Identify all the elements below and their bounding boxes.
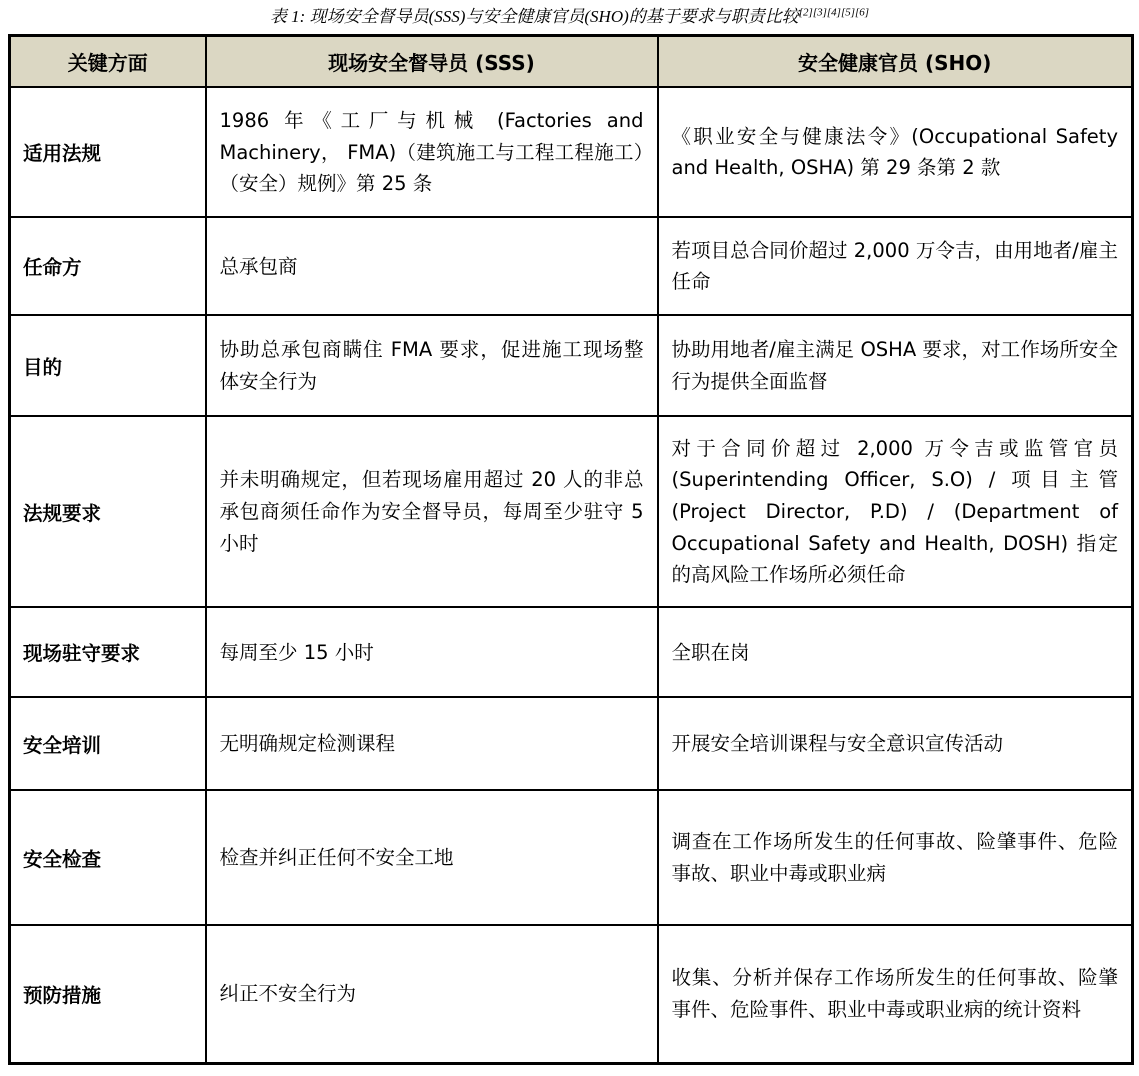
sho-cell: 调查在工作场所发生的任何事故、险肇事件、危险事故、职业中毒或职业病 xyxy=(658,790,1133,925)
sho-cell: 全职在岗 xyxy=(658,607,1133,697)
header-row: 关键方面 现场安全督导员 (SSS) 安全健康官员 (SHO) xyxy=(10,35,1133,87)
row-label: 安全培训 xyxy=(10,697,206,790)
sho-cell: 协助用地者/雇主满足 OSHA 要求，对工作场所安全行为提供全面监督 xyxy=(658,315,1133,416)
comparison-table: 关键方面 现场安全督导员 (SSS) 安全健康官员 (SHO) 适用法规 198… xyxy=(8,34,1134,1065)
row-label: 现场驻守要求 xyxy=(10,607,206,697)
column-header-sho: 安全健康官员 (SHO) xyxy=(658,35,1133,87)
sss-cell: 并未明确规定，但若现场雇用超过 20 人的非总承包商须任命作为安全督导员，每周至… xyxy=(206,416,658,607)
sss-cell: 协助总承包商瞒住 FMA 要求，促进施工现场整体安全行为 xyxy=(206,315,658,416)
sss-cell: 无明确规定检测课程 xyxy=(206,697,658,790)
row-label: 预防措施 xyxy=(10,925,206,1063)
table-row: 目的 协助总承包商瞒住 FMA 要求，促进施工现场整体安全行为 协助用地者/雇主… xyxy=(10,315,1133,416)
document-page: 表 1: 现场安全督导员(SSS)与安全健康官员(SHO)的基于要求与职责比较[… xyxy=(0,0,1139,1076)
row-label: 法规要求 xyxy=(10,416,206,607)
citation-superscript: [2][3][4][5][6] xyxy=(799,6,869,18)
sho-cell: 若项目总合同价超过 2,000 万令吉，由用地者/雇主任命 xyxy=(658,217,1133,315)
table-row: 适用法规 1986 年《工厂与机械 (Factories and Machine… xyxy=(10,87,1133,217)
sho-cell: 《职业安全与健康法令》(Occupational Safety and Heal… xyxy=(658,87,1133,217)
sss-cell: 总承包商 xyxy=(206,217,658,315)
table-row: 现场驻守要求 每周至少 15 小时 全职在岗 xyxy=(10,607,1133,697)
row-label: 安全检查 xyxy=(10,790,206,925)
sss-cell: 1986 年《工厂与机械 (Factories and Machinery， F… xyxy=(206,87,658,217)
table-row: 预防措施 纠正不安全行为 收集、分析并保存工作场所发生的任何事故、险肇事件、危险… xyxy=(10,925,1133,1063)
column-header-key-aspect: 关键方面 xyxy=(10,35,206,87)
table-caption: 表 1: 现场安全督导员(SSS)与安全健康官员(SHO)的基于要求与职责比较[… xyxy=(8,5,1131,29)
column-header-sss: 现场安全督导员 (SSS) xyxy=(206,35,658,87)
sss-cell: 检查并纠正任何不安全工地 xyxy=(206,790,658,925)
sho-cell: 收集、分析并保存工作场所发生的任何事故、险肇事件、危险事件、职业中毒或职业病的统… xyxy=(658,925,1133,1063)
sho-cell: 对于合同价超过 2,000 万令吉或监管官员 (Superintending O… xyxy=(658,416,1133,607)
table-row: 安全检查 检查并纠正任何不安全工地 调查在工作场所发生的任何事故、险肇事件、危险… xyxy=(10,790,1133,925)
row-label: 任命方 xyxy=(10,217,206,315)
table-caption-text: 表 1: 现场安全督导员(SSS)与安全健康官员(SHO)的基于要求与职责比较 xyxy=(270,7,799,26)
sho-cell: 开展安全培训课程与安全意识宣传活动 xyxy=(658,697,1133,790)
sss-cell: 每周至少 15 小时 xyxy=(206,607,658,697)
table-row: 任命方 总承包商 若项目总合同价超过 2,000 万令吉，由用地者/雇主任命 xyxy=(10,217,1133,315)
row-label: 目的 xyxy=(10,315,206,416)
sss-cell: 纠正不安全行为 xyxy=(206,925,658,1063)
table-row: 安全培训 无明确规定检测课程 开展安全培训课程与安全意识宣传活动 xyxy=(10,697,1133,790)
row-label: 适用法规 xyxy=(10,87,206,217)
table-row: 法规要求 并未明确规定，但若现场雇用超过 20 人的非总承包商须任命作为安全督导… xyxy=(10,416,1133,607)
